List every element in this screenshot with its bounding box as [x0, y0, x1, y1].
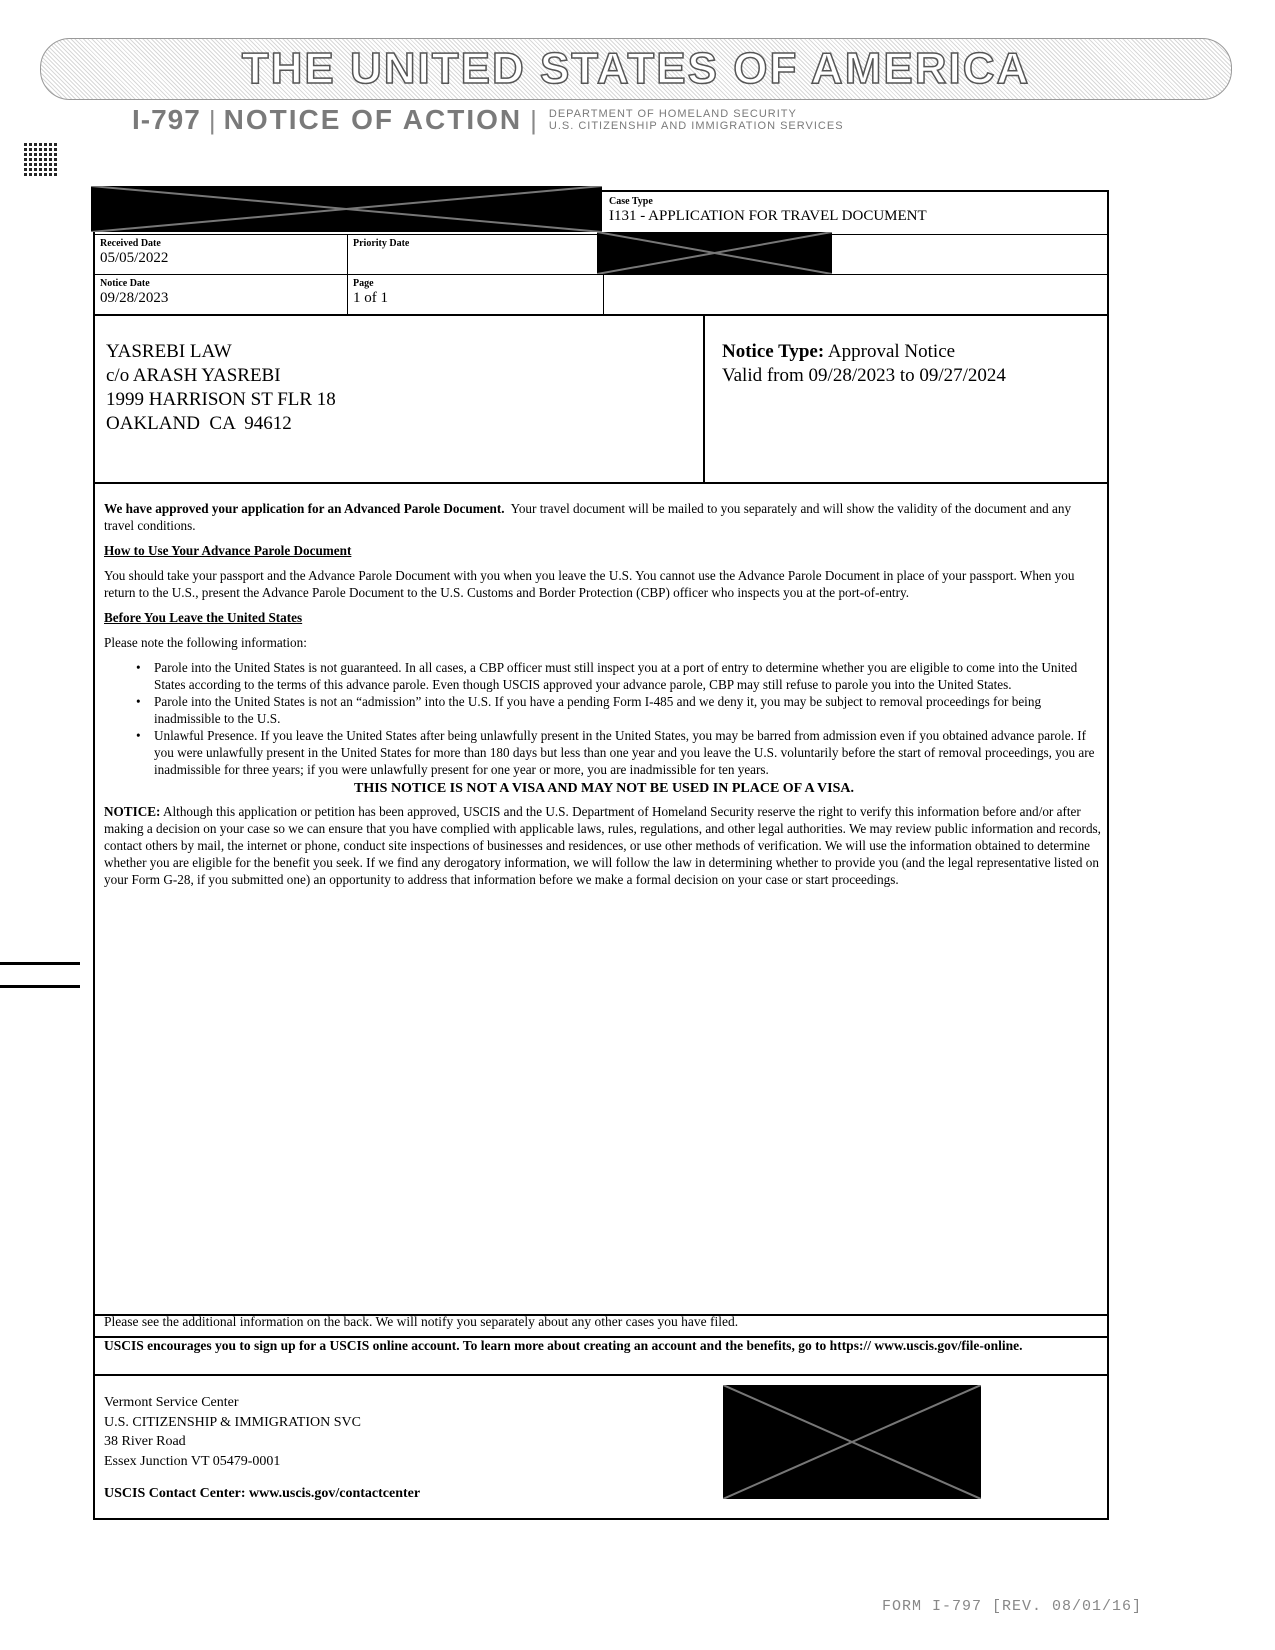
service-center-line: Vermont Service Center	[104, 1393, 361, 1413]
note-intro: Please note the following information:	[104, 634, 1104, 651]
datamatrix-barcode-icon	[24, 142, 58, 176]
notice-label: NOTICE:	[104, 804, 160, 819]
banner: THE UNITED STATES OF AMERICA	[40, 38, 1232, 100]
notice-type-label: Notice Type:	[722, 341, 824, 362]
list-item: Parole into the United States is not gua…	[154, 659, 1104, 693]
department-name: DEPARTMENT OF HOMELAND SECURITY	[549, 108, 797, 120]
form-revision: FORM I-797 [REV. 08/01/16]	[882, 1598, 1142, 1615]
notice-type-value: Approval Notice	[828, 341, 955, 362]
form-title: NOTICE OF ACTION	[224, 104, 523, 136]
form-number: I-797	[132, 104, 201, 136]
visa-warning: THIS NOTICE IS NOT A VISA AND MAY NOT BE…	[104, 780, 1104, 797]
service-center-line: 38 River Road	[104, 1432, 361, 1452]
recipient-line: OAKLAND CA 94612	[106, 412, 336, 436]
list-item: Parole into the United States is not an …	[154, 693, 1104, 727]
divider: |	[530, 105, 537, 136]
contact-center: USCIS Contact Center: www.uscis.gov/cont…	[104, 1486, 420, 1502]
usage-paragraph: You should take your passport and the Ad…	[104, 567, 1104, 601]
page-label: Page	[353, 278, 598, 290]
divider: |	[209, 105, 216, 136]
online-account-info: USCIS encourages you to sign up for a US…	[104, 1336, 1104, 1355]
recipient-line: c/o ARASH YASREBI	[106, 364, 336, 388]
banner-title: THE UNITED STATES OF AMERICA	[242, 44, 1031, 94]
divider	[95, 1374, 1107, 1376]
list-item: Unlawful Presence. If you leave the Unit…	[154, 727, 1104, 778]
case-type-label: Case Type	[609, 196, 1102, 208]
section-heading: How to Use Your Advance Parole Document	[104, 542, 1104, 559]
notice-date-cell: Notice Date 09/28/2023	[95, 274, 348, 314]
recipient-line: YASREBI LAW	[106, 340, 336, 364]
page-cell: Page 1 of 1	[348, 274, 604, 314]
received-date-value: 05/05/2022	[100, 250, 342, 266]
notice-type-block: Notice Type: Approval Notice Valid from …	[722, 340, 1006, 388]
redacted-block	[597, 232, 832, 274]
notice-date-value: 09/28/2023	[100, 290, 342, 306]
validity-period: Valid from 09/28/2023 to 09/27/2024	[722, 364, 1006, 388]
additional-info: Please see the additional information on…	[104, 1314, 1104, 1330]
margin-mark	[0, 985, 80, 988]
redacted-block	[723, 1385, 981, 1499]
approval-statement: We have approved your application for an…	[104, 501, 505, 516]
service-center-line: Essex Junction VT 05479-0001	[104, 1452, 361, 1472]
recipient-address: YASREBI LAW c/o ARASH YASREBI 1999 HARRI…	[106, 340, 336, 436]
service-center-line: U.S. CITIZENSHIP & IMMIGRATION SVC	[104, 1413, 361, 1433]
service-center-address: Vermont Service Center U.S. CITIZENSHIP …	[104, 1393, 361, 1471]
priority-date-cell: Priority Date	[348, 234, 604, 274]
received-date-cell: Received Date 05/05/2022	[95, 234, 348, 274]
case-type-value: I131 - APPLICATION FOR TRAVEL DOCUMENT	[609, 208, 1102, 224]
priority-date-label: Priority Date	[353, 238, 598, 250]
redacted-block	[91, 186, 602, 232]
agency-name: U.S. CITIZENSHIP AND IMMIGRATION SERVICE…	[549, 120, 844, 132]
department-block: DEPARTMENT OF HOMELAND SECURITY U.S. CIT…	[549, 108, 844, 132]
notice-text: Although this application or petition ha…	[104, 804, 1101, 887]
section-heading: Before You Leave the United States	[104, 609, 1104, 626]
info-list: Parole into the United States is not gua…	[104, 659, 1104, 778]
notice-body: We have approved your application for an…	[104, 500, 1104, 896]
notice-date-label: Notice Date	[100, 278, 342, 290]
received-date-label: Received Date	[100, 238, 342, 250]
margin-mark	[0, 962, 80, 965]
form-heading: I-797 | NOTICE OF ACTION | DEPARTMENT OF…	[132, 104, 844, 136]
notice-date-row: Notice Date 09/28/2023 Page 1 of 1	[95, 274, 1107, 316]
recipient-line: 1999 HARRISON ST FLR 18	[106, 388, 336, 412]
page-value: 1 of 1	[353, 290, 598, 306]
case-type-cell: Case Type I131 - APPLICATION FOR TRAVEL …	[604, 192, 1107, 234]
